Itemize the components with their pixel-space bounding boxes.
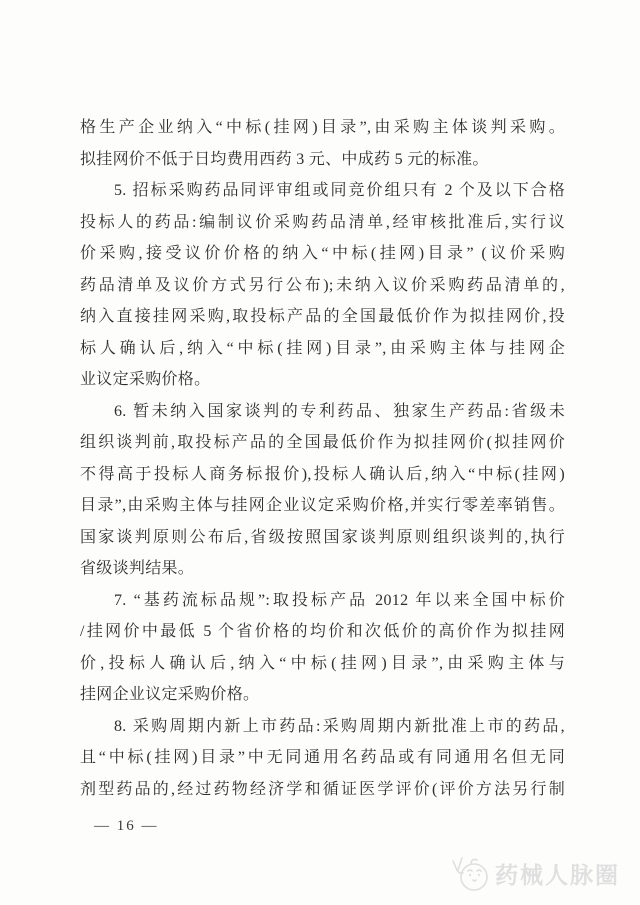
text-line: 标人确认后,纳入“中标(挂网)目录”,由采购主体与挂网企 [80,333,565,365]
text-line: 挂网企业议定采购价格。 [80,679,565,711]
text-line: 8. 采购周期内新上市药品:采购周期内新批准上市的药品, [80,711,565,743]
text-line: 纳入直接挂网采购,取投标产品的全国最低价作为拟挂网价,投 [80,301,565,333]
document-page: 格生产企业纳入“中标(挂网)目录”,由采购主体谈判采购。 拟挂网价不低于日均费用… [0,0,640,905]
text-line: 价,投标人确认后,纳入“中标(挂网)目录”,由采购主体与 [80,648,565,680]
text-line: /挂网价中最低 5 个省价格的均价和次低价的高价作为拟挂网 [80,616,565,648]
watermark: 药械人脉圈 [449,850,620,896]
text-line: 6. 暂未纳入国家谈判的专利药品、独家生产药品:省级未 [80,396,565,428]
text-line: 价采购,接受议价价格的纳入“中标(挂网)目录” (议价采购 [80,238,565,270]
text-line: 且“中标(挂网)目录”中无同通用名药品或有同通用名但无同 [80,742,565,774]
text-line: 目录”,由采购主体与挂网企业议定采购价格,并实行零差率销售。 [80,490,565,522]
text-line: 格生产企业纳入“中标(挂网)目录”,由采购主体谈判采购。 [80,112,565,144]
watermark-label: 药械人脉圈 [495,857,620,890]
text-line: 省级谈判结果。 [80,553,565,585]
text-line: 业议定采购价格。 [80,364,565,396]
chick-mascot-icon [449,851,491,895]
text-line: 组织谈判前,取投标产品的全国最低价作为拟挂网价(拟挂网价 [80,427,565,459]
text-line: 不得高于投标人商务标报价),投标人确认后,纳入“中标(挂网) [80,459,565,491]
text-line: 药品清单及议价方式另行公布);未纳入议价采购药品清单的, [80,270,565,302]
text-line: 投标人的药品:编制议价采购药品清单,经审核批准后,实行议 [80,207,565,239]
document-body: 格生产企业纳入“中标(挂网)目录”,由采购主体谈判采购。 拟挂网价不低于日均费用… [80,112,565,805]
text-line: 5. 招标采购药品同评审组或同竞价组只有 2 个及以下合格 [80,175,565,207]
text-line: 剂型药品的,经过药物经济学和循证医学评价(评价方法另行制 [80,774,565,806]
text-line: 拟挂网价不低于日均费用西药 3 元、中成药 5 元的标准。 [80,144,565,176]
text-line: 国家谈判原则公布后,省级按照国家谈判原则组织谈判的,执行 [80,522,565,554]
text-line: 7. “基药流标品规”:取投标产品 2012 年以来全国中标价 [80,585,565,617]
page-number: — 16 — [94,818,159,835]
